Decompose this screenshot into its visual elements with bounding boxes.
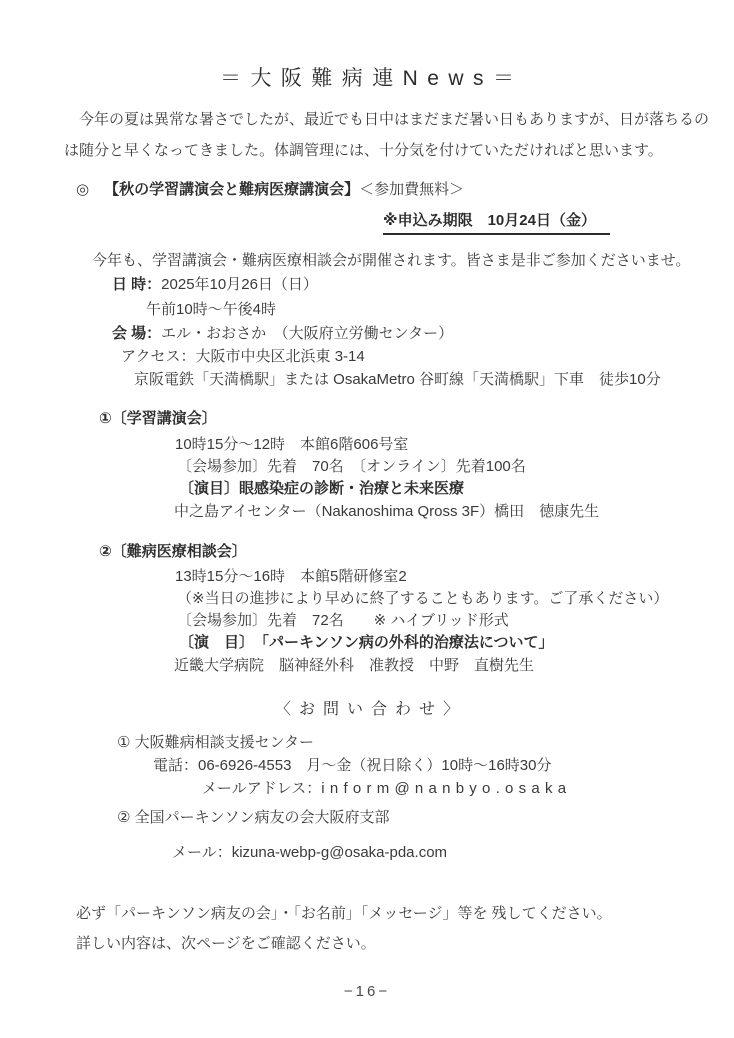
- newsletter-page: ＝大阪難病連News＝ 今年の夏は異常な暑さでしたが、最近でも日中はまだまだ暑い…: [0, 0, 734, 1038]
- contact-heading: 〈お問い合わせ〉: [0, 696, 734, 719]
- event-date-label: 日 時：: [112, 276, 161, 293]
- program2-speaker: 近畿大学病院 脳神経外科 准教授 中野 直樹先生: [174, 657, 534, 676]
- event-venue-label: 会 場：: [112, 325, 161, 342]
- contact1-email-label: メールアドレス：: [202, 780, 321, 797]
- event-heading-title: 【秋の学習講演会と難病医療講演会】: [104, 181, 359, 198]
- program1-speaker: 中之島アイセンター（Nakanoshima Qross 3F）橋田 徳康先生: [174, 503, 599, 522]
- event-access-line1: アクセス：大阪市中央区北浜東 3-14: [121, 348, 365, 367]
- application-deadline: ※申込み期限 10月24日（金）: [383, 209, 610, 235]
- event-heading: ◎【秋の学習講演会と難病医療講演会】＜参加費無料＞: [76, 181, 464, 200]
- program1-capacity: 〔会場参加〕先着 70名 〔オンライン〕先着100名: [177, 458, 526, 477]
- event-date-line: 日 時：2025年10月26日（日）: [112, 276, 318, 295]
- program2-capacity: 〔会場参加〕先着 72名 ※ ハイブリッド形式: [177, 612, 509, 631]
- footer-note-line1: 必ず「パーキンソン病友の会」・「お名前」「メッセージ」等を 残してください。: [76, 905, 612, 924]
- program1-time-room: 10時15分〜12時 本館6階606号室: [175, 436, 408, 455]
- contact1-name: ① 大阪難病相談支援センター: [117, 734, 314, 753]
- contact1-email-line: メールアドレス：inform@nanbyo.osaka: [202, 780, 571, 799]
- event-access-line2: 京阪電鉄「天満橋駅」または OsakaMetro 谷町線「天満橋駅」下車 徒歩1…: [134, 371, 661, 390]
- event-venue-value: エル・おおさか （大阪府立労働センター）: [161, 325, 453, 342]
- page-title: ＝大阪難病連News＝: [0, 62, 734, 92]
- program1-label: ①〔学習講演会〕: [99, 410, 217, 429]
- contact1-email-address: inform@nanbyo.osaka: [321, 780, 571, 797]
- footer-note-line2: 詳しい内容は、次ページをご確認ください。: [76, 935, 376, 954]
- contact1-phone: 電話：06-6926-4553 月〜金（祝日除く）10時〜16時30分: [153, 757, 551, 776]
- intro-paragraph-line2: は随分と早くなってきました。体調管理には、十分気を付けていただければと思います。: [64, 142, 663, 161]
- event-date-value: 2025年10月26日（日）: [161, 276, 318, 293]
- event-heading-marker: ◎: [76, 181, 89, 198]
- contact2-name: ② 全国パーキンソン病友の会大阪府支部: [117, 809, 389, 828]
- contact2-email-line: メール：kizuna-webp-g@osaka-pda.com: [172, 844, 447, 863]
- page-number: −16−: [0, 983, 734, 1000]
- program2-topic: 〔演 目〕 「パーキンソン病の外科的治療法について」: [179, 634, 554, 653]
- program1-topic: 〔演目〕眼感染症の診断・治療と未来医療: [179, 480, 464, 499]
- program2-time-room: 13時15分〜16時 本館5階研修室2: [175, 568, 407, 587]
- event-time-line: 午前10時〜午後4時: [146, 301, 276, 320]
- event-lead-text: 今年も、学習講演会・難病医療相談会が開催されます。皆さま是非ご参加くださいませ。: [92, 252, 690, 271]
- program2-note: （※当日の進捗により早めに終了することもあります。ご了承ください）: [177, 590, 668, 609]
- event-fee-note: ＜参加費無料＞: [359, 181, 464, 198]
- event-venue-line: 会 場：エル・おおさか （大阪府立労働センター）: [112, 325, 453, 344]
- intro-paragraph-line1: 今年の夏は異常な暑さでしたが、最近でも日中はまだまだ暑い日もありますが、日が落ち…: [64, 111, 709, 130]
- program2-label: ②〔難病医療相談会〕: [99, 543, 247, 562]
